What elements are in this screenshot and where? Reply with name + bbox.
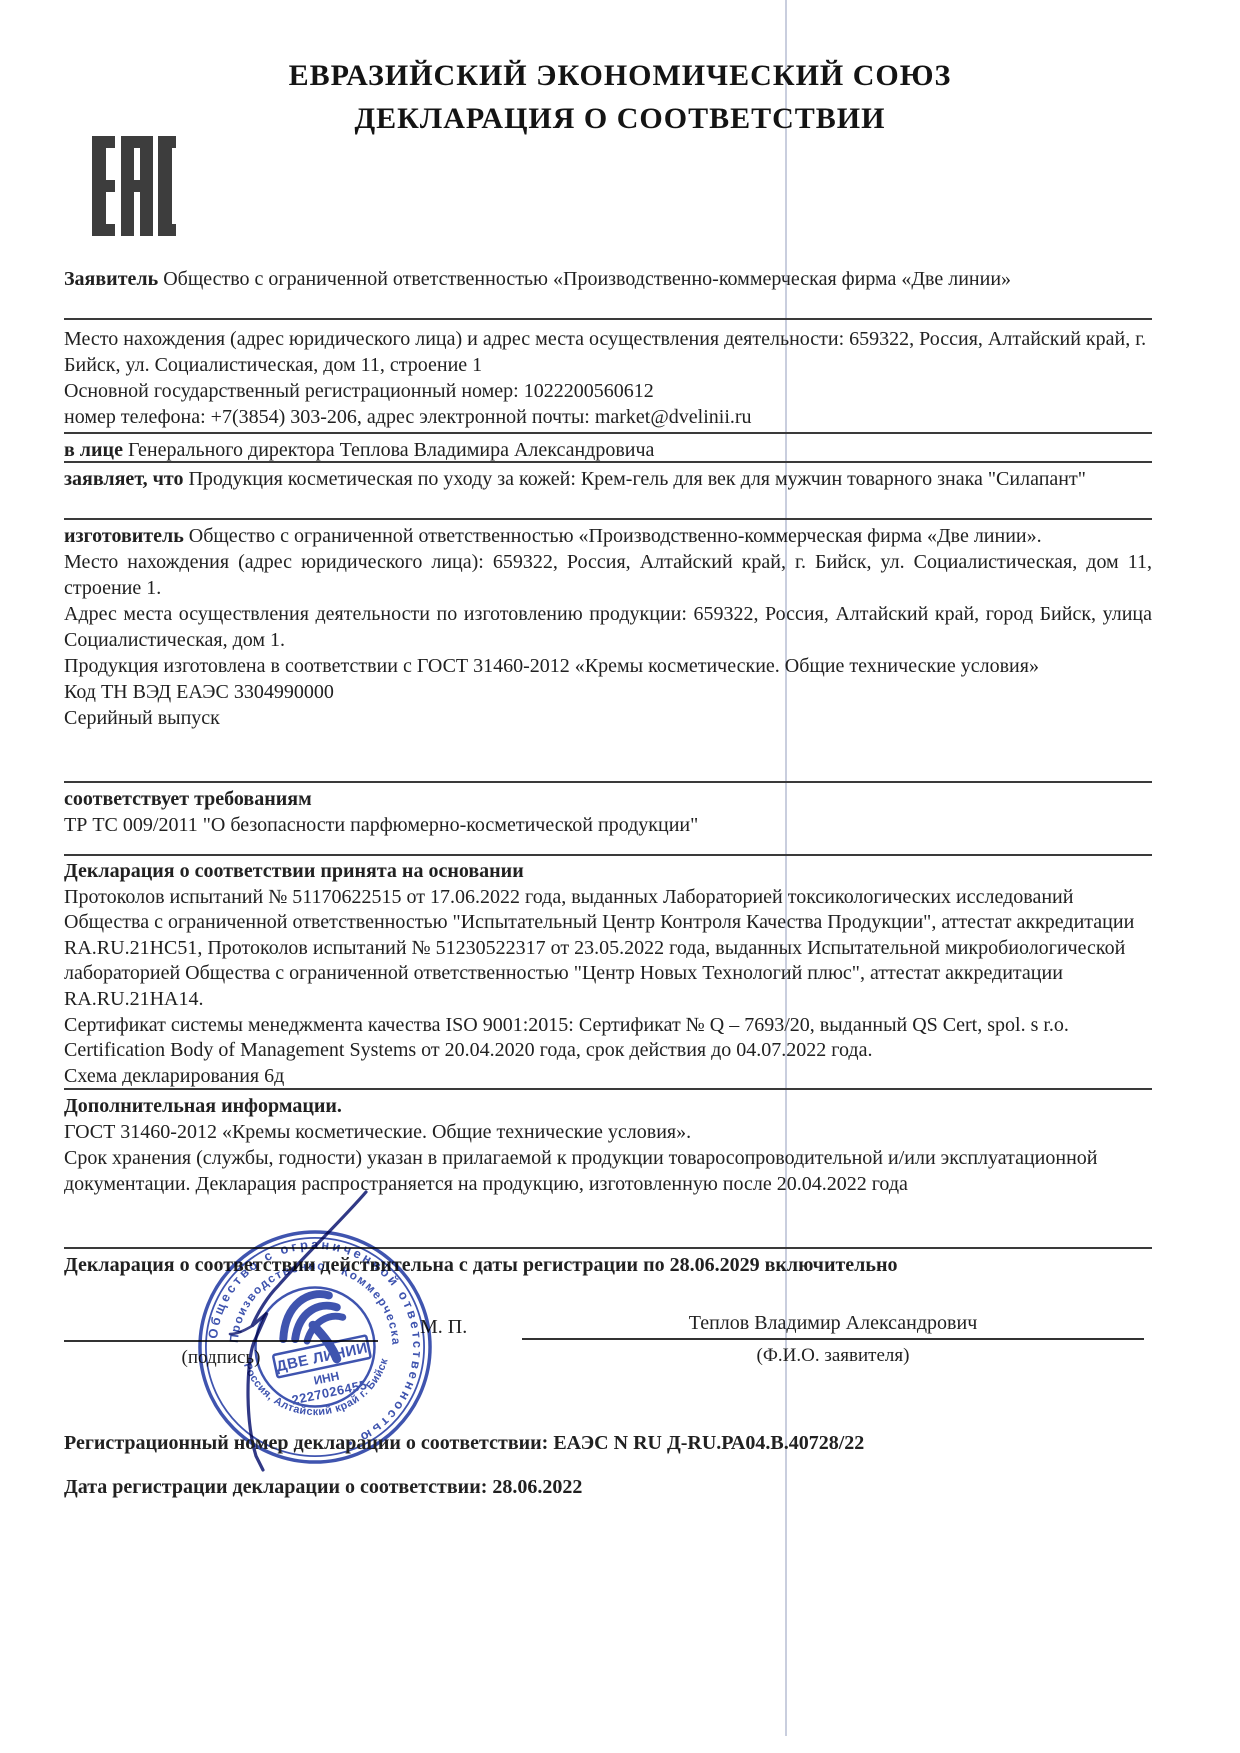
registration-date-line: Дата регистрации декларации о соответств…	[64, 1474, 1152, 1500]
manufacturer-serial: Серийный выпуск	[64, 705, 1152, 731]
eac-logo-icon	[84, 136, 176, 236]
additional-gost: ГОСТ 31460-2012 «Кремы косметические. Об…	[64, 1119, 1152, 1145]
basis-section: Декларация о соответствии принята на осн…	[64, 859, 1152, 1089]
separator-line	[64, 461, 1152, 463]
manufacturer-production-address: Адрес места осуществления деятельности п…	[64, 601, 1152, 653]
declares-text: Продукция косметическая по уходу за коже…	[188, 468, 1085, 490]
basis-certificate: Сертификат системы менеджмента качества …	[64, 1013, 1152, 1064]
manufacturer-gost: Продукция изготовлена в соответствии с Г…	[64, 653, 1152, 679]
manufacturer-label: изготовитель	[64, 525, 184, 547]
in-person-section: в лице Генерального директора Теплова Вл…	[64, 437, 1152, 463]
applicant-ogrn: Основной государственный регистрационный…	[64, 378, 1152, 404]
applicant-section: Заявитель Общество с ограниченной ответс…	[64, 266, 1152, 292]
compliance-text: ТР ТС 009/2011 "О безопасности парфюмерн…	[64, 812, 1152, 838]
separator-line	[64, 518, 1152, 520]
basis-scheme: Схема декларирования 6д	[64, 1064, 1152, 1090]
separator-line	[64, 432, 1152, 434]
applicant-label: Заявитель	[64, 268, 158, 290]
name-caption: (Ф.И.О. заявителя)	[522, 1340, 1144, 1367]
applicant-address: Место нахождения (адрес юридического лиц…	[64, 326, 1152, 378]
manufacturer-address: Место нахождения (адрес юридического лиц…	[64, 549, 1152, 601]
declaration-document: ЕВРАЗИЙСКИЙ ЭКОНОМИЧЕСКИЙ СОЮЗ ДЕКЛАРАЦИ…	[0, 0, 1240, 1753]
manufacturer-section: изготовитель Общество с ограниченной отв…	[64, 523, 1152, 731]
compliance-label: соответствует требованиям	[64, 786, 1152, 812]
registration-number-line: Регистрационный номер декларации о соотв…	[64, 1430, 1152, 1456]
basis-protocols: Протоколов испытаний № 51170622515 от 17…	[64, 885, 1152, 1013]
separator-line	[64, 1088, 1152, 1090]
in-person-text: Генерального директора Теплова Владимира…	[128, 439, 654, 461]
separator-line	[64, 854, 1152, 856]
applicant-phone-email: номер телефона: +7(3854) 303-206, адрес …	[64, 404, 1152, 430]
basis-label: Декларация о соответствии принята на осн…	[64, 859, 1152, 885]
title-line-2: ДЕКЛАРАЦИЯ О СООТВЕТСТВИИ	[0, 97, 1240, 140]
applicant-full-name: Теплов Владимир Александрович	[522, 1312, 1144, 1335]
title-line-1: ЕВРАЗИЙСКИЙ ЭКОНОМИЧЕСКИЙ СОЮЗ	[0, 54, 1240, 97]
declares-section: заявляет, что Продукция косметическая по…	[64, 466, 1152, 492]
applicant-details-section: Место нахождения (адрес юридического лиц…	[64, 326, 1152, 430]
additional-label: Дополнительная информации.	[64, 1093, 1152, 1119]
additional-storage: Срок хранения (службы, годности) указан …	[64, 1145, 1152, 1197]
manufacturer-text: Общество с ограниченной ответственностью…	[189, 525, 1042, 547]
separator-line	[64, 318, 1152, 320]
applicant-text: Общество с ограниченной ответственностью…	[163, 268, 1011, 290]
manufacturer-tnved: Код ТН ВЭД ЕАЭС 3304990000	[64, 679, 1152, 705]
additional-info-section: Дополнительная информации. ГОСТ 31460-20…	[64, 1093, 1152, 1197]
separator-line	[64, 781, 1152, 783]
declares-label: заявляет, что	[64, 468, 183, 490]
in-person-label: в лице	[64, 439, 123, 461]
document-title: ЕВРАЗИЙСКИЙ ЭКОНОМИЧЕСКИЙ СОЮЗ ДЕКЛАРАЦИ…	[0, 54, 1240, 140]
applicant-name-area: Теплов Владимир Александрович (Ф.И.О. за…	[522, 1312, 1144, 1367]
compliance-section: соответствует требованиям ТР ТС 009/2011…	[64, 786, 1152, 838]
